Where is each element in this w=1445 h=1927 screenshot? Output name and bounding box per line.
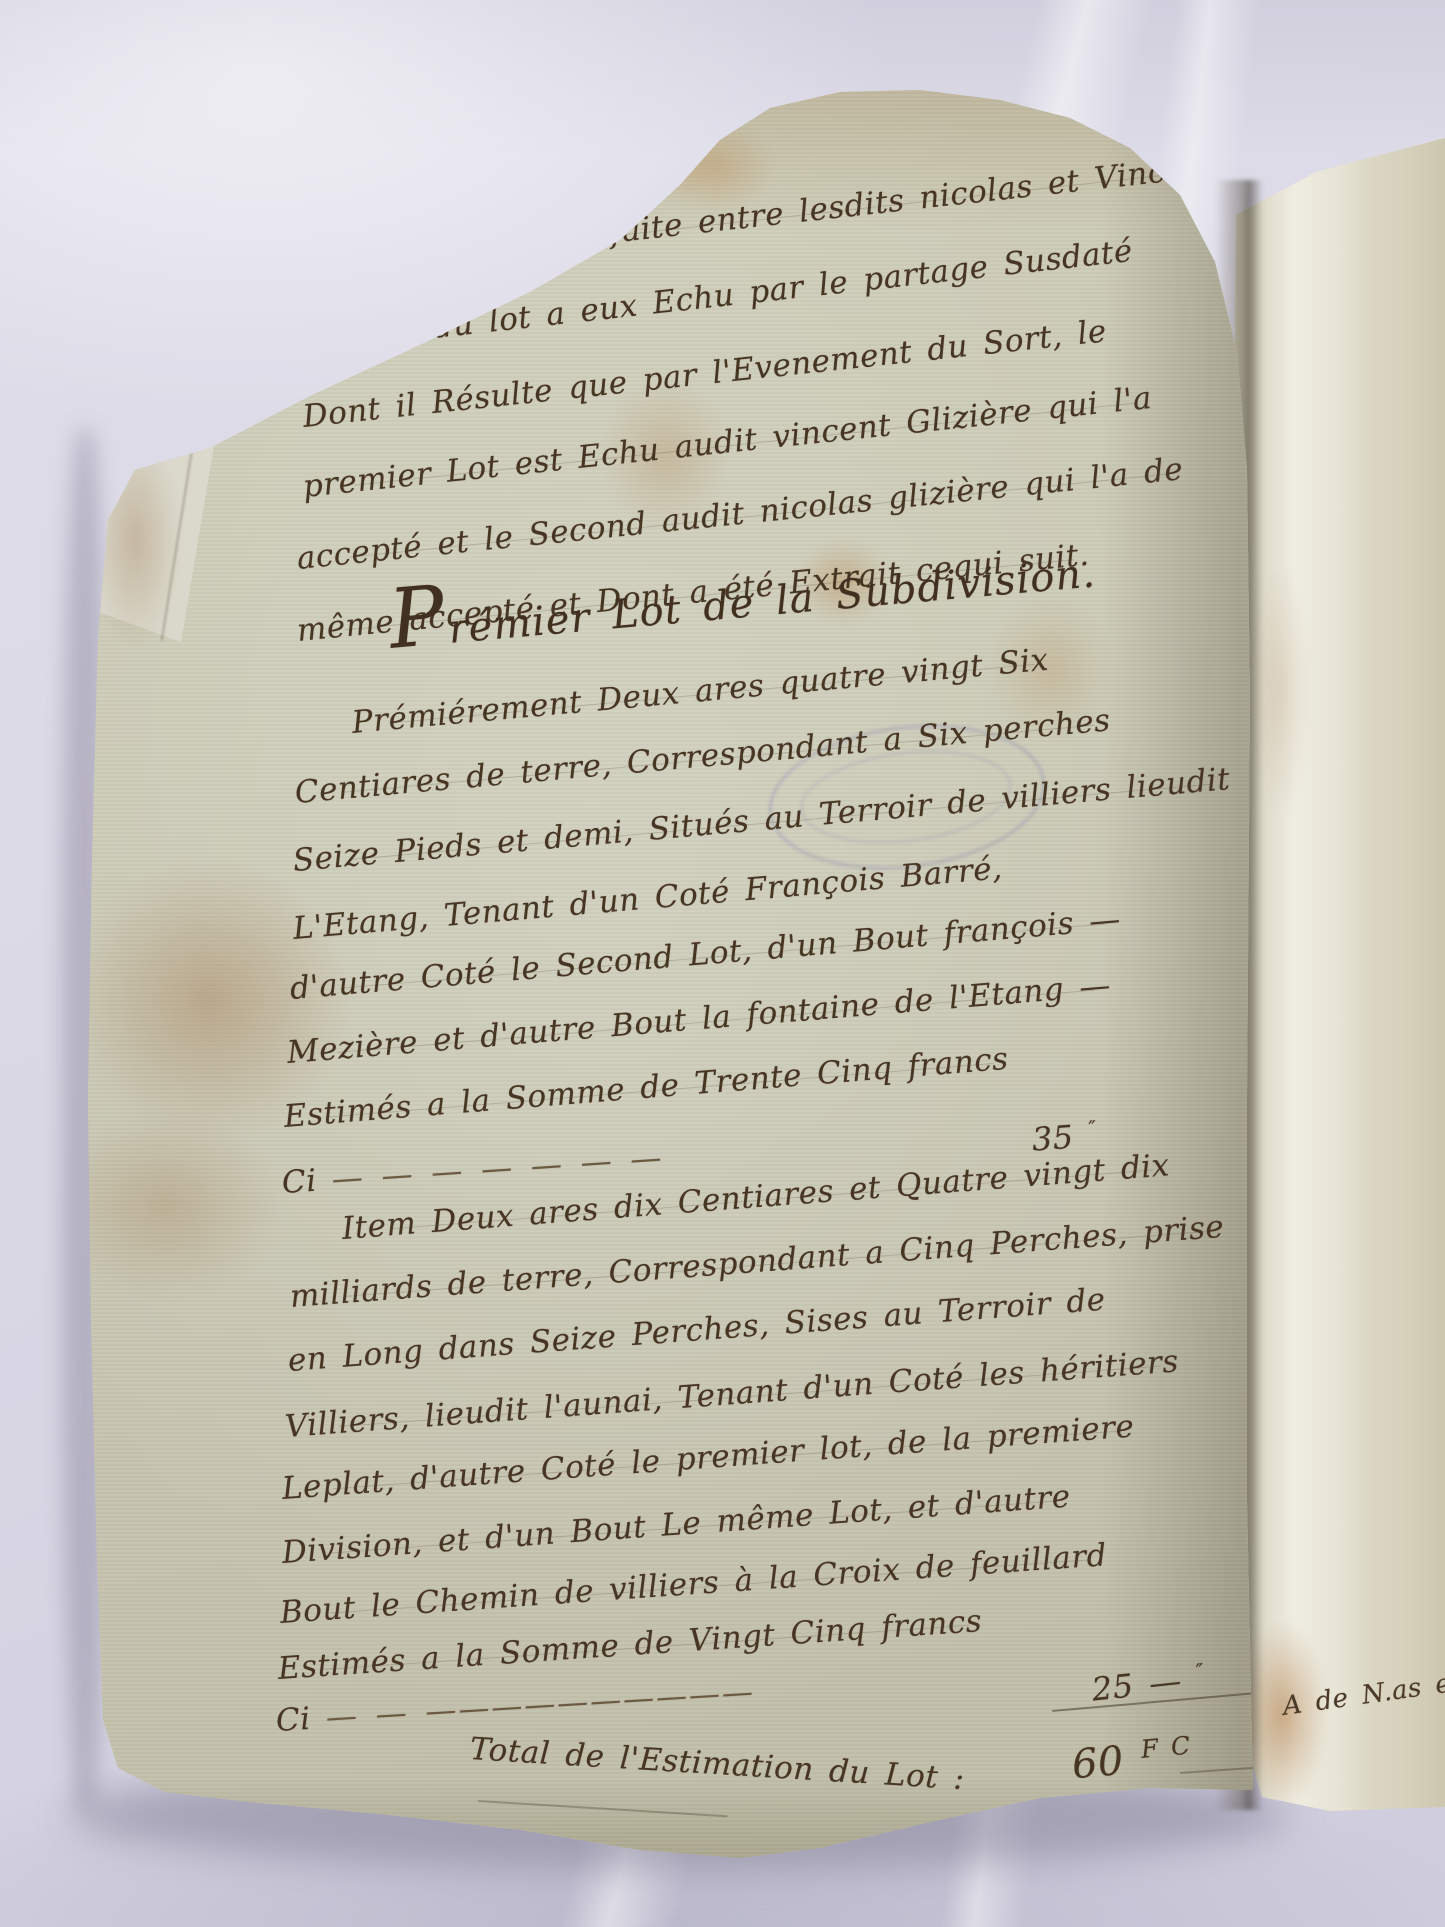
stain (90, 430, 180, 650)
amount-lot1: 35 ″ (1031, 1118, 1098, 1158)
stain (310, 85, 500, 225)
ci-label: Ci (281, 1163, 318, 1201)
photo-of-manuscript: { "manuscript": { "intro_lines": [ "est … (0, 0, 1445, 1927)
pen-stroke (478, 1800, 728, 1817)
ci-label: Ci (275, 1701, 312, 1739)
total-label: Total de l'Estimation du Lot : (469, 1732, 966, 1796)
ci-line: Ci — — —————————— (275, 1675, 756, 1738)
ci-dashes: — — —————————— (325, 1674, 756, 1736)
total-amount: 60 F C (1070, 1732, 1193, 1788)
